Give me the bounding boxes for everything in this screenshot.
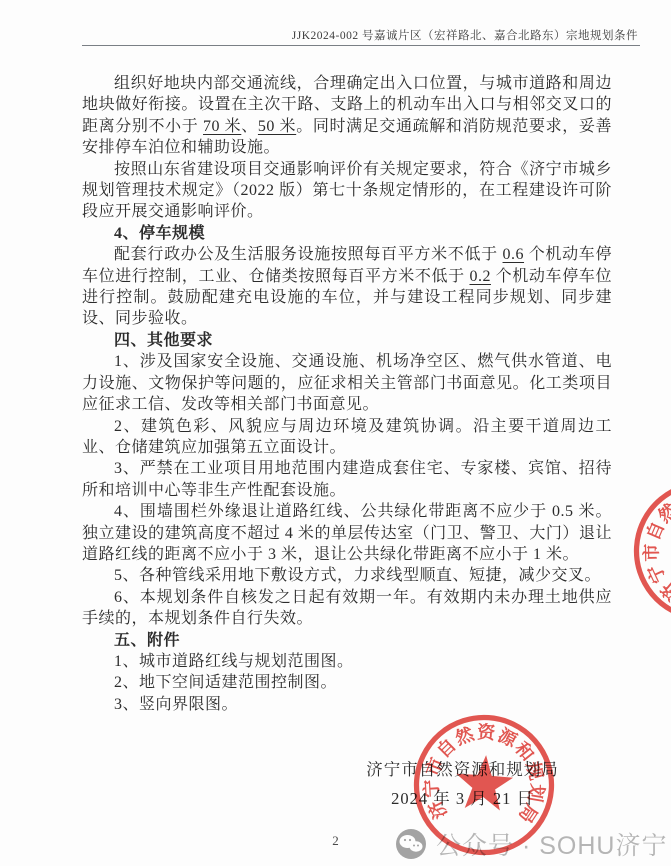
paragraph: 组织好地块内部交通流线，合理确定出入口位置，与城市道路和周边地块做好衔接。设置在… [82,73,612,159]
seal-text: 济宁市自然资源和规划局 [623,471,671,610]
seal-star [668,514,671,583]
paragraph: 配套行政办公及生活服务设施按照每百平方米不低于 0.6 个机动车停车位进行控制，… [82,244,612,330]
paragraph: 3、严禁在工业项目用地范围内建造成套住宅、专家楼、宾馆、招待所和培训中心等非生产… [82,458,612,501]
section-heading: 四、其他要求 [82,330,612,351]
document-header: JJK2024-002 号嘉诚片区（宏祥路北、嘉合北路东）宗地规划条件 [0,27,638,43]
paragraph: 1、涉及国家安全设施、交通设施、机场净空区、燃气供水管道、电力设施、文物保护等问… [82,351,612,415]
paragraph: 6、本规划条件自核发之日起有效期一年。有效期内未办理土地供应手续的，本规划条件自… [82,587,612,630]
document-body: 组织好地块内部交通流线，合理确定出入口位置，与城市道路和周边地块做好衔接。设置在… [82,73,612,715]
signature-block: 济宁市自然资源和规划局 2024 年 3 月 21 日 [330,755,595,813]
paragraph: 2、建筑色彩、风貌应与周边环境及建筑协调。沿主要干道周边工业、仓储建筑应加强第五… [82,416,612,459]
page-number: 2 [0,833,671,849]
paragraph: 按照山东省建设项目交通影响评价有关规定要求，符合《济宁市城乡规划管理技术规定》（… [82,159,612,223]
paragraph: 3、竖向界限图。 [82,694,612,715]
signature-issuer: 济宁市自然资源和规划局 [330,755,595,784]
section-heading: 4、停车规模 [82,223,612,244]
paragraph: 2、地下空间适建范围控制图。 [82,672,612,693]
official-seal-partial: 济宁市自然资源和规划局 [609,456,671,645]
section-heading: 五、附件 [82,630,612,651]
document-page: JJK2024-002 号嘉诚片区（宏祥路北、嘉合北路东）宗地规划条件 组织好地… [0,0,671,866]
paragraph: 4、围墙围栏外缘退让道路红线、公共绿化带距离不应少于 0.5 米。独立建设的建筑… [82,501,612,565]
paragraph: 1、城市道路红线与规划范围图。 [82,651,612,672]
svg-text:济宁市自然资源和规划局: 济宁市自然资源和规划局 [623,471,671,610]
signature-date: 2024 年 3 月 21 日 [330,784,595,813]
header-rule [82,45,640,46]
paragraph: 5、各种管线采用地下敷设方式，力求线型顺直、短捷，减少交叉。 [82,565,612,586]
